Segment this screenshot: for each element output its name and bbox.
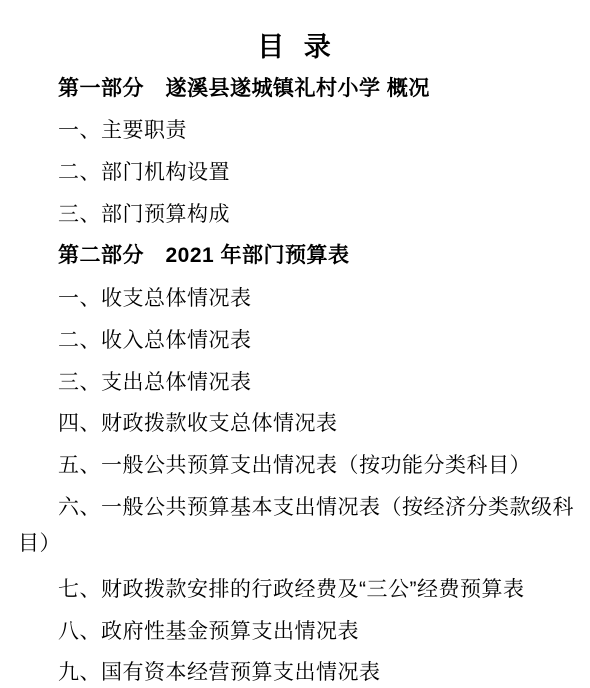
toc-entry: 一、主要职责 — [58, 120, 187, 141]
page-title: 目 录 — [0, 34, 590, 61]
toc-entry: 八、政府性基金预算支出情况表 — [58, 621, 359, 642]
toc-entry: 五、一般公共预算支出情况表（按功能分类科目） — [58, 455, 531, 476]
toc-entry: 一、收支总体情况表 — [58, 288, 252, 309]
toc-entry: 三、支出总体情况表 — [58, 372, 252, 393]
toc-entry: 二、收入总体情况表 — [58, 330, 252, 351]
toc-entry: 九、国有资本经营预算支出情况表 — [58, 662, 381, 683]
toc-entry-wrapped: 六、一般公共预算基本支出情况表（按经济分类款级科 目） — [18, 490, 584, 562]
toc-entry: 四、财政拨款收支总体情况表 — [58, 413, 338, 434]
toc-section-heading-1: 第一部分 遂溪县遂城镇礼村小学 概况 — [58, 78, 430, 99]
toc-entry: 三、部门预算构成 — [58, 204, 230, 225]
toc-section-heading-2: 第二部分 2021 年部门预算表 — [58, 245, 350, 266]
toc-entry: 七、财政拨款安排的行政经费及“三公”经费预算表 — [58, 579, 525, 600]
document-page: 目 录 第一部分 遂溪县遂城镇礼村小学 概况 一、主要职责 二、部门机构设置 三… — [0, 0, 590, 688]
toc-entry: 二、部门机构设置 — [58, 162, 230, 183]
